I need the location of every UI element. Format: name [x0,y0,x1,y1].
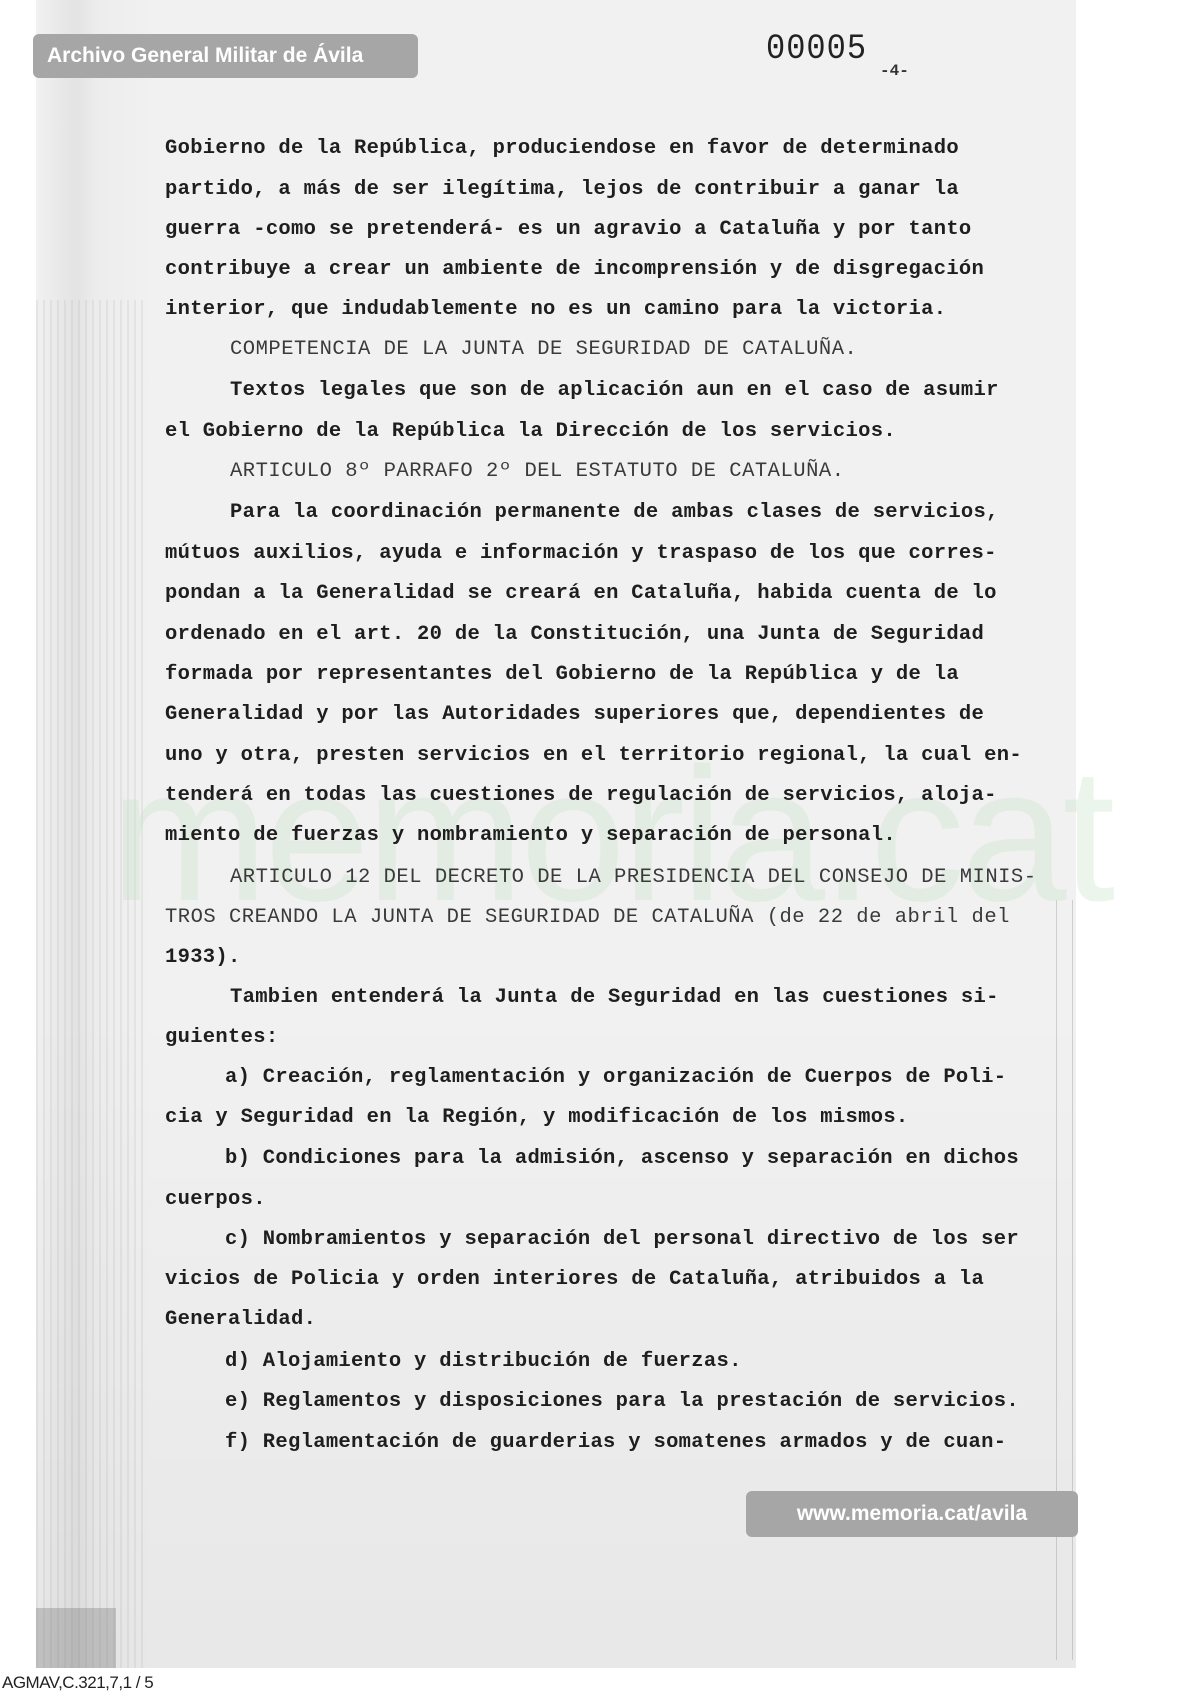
scan-shading [36,300,146,1668]
text-line: a) Creación, reglamentación y organizaci… [225,1066,1006,1089]
scan-shading-corner [36,1608,116,1668]
archive-reference: AGMAV,C.321,7,1 / 5 [2,1673,153,1693]
archive-badge: Archivo General Militar de Ávila [33,34,418,78]
scan-artifact-line [1056,900,1057,1660]
text-line: f) Reglamentación de guarderias y somate… [225,1431,1006,1454]
text-line: cuerpos. [165,1188,266,1211]
text-line: miento de fuerzas y nombramiento y separ… [165,824,896,847]
website-badge[interactable]: www.memoria.cat/avila [746,1491,1078,1537]
text-line: formada por representantes del Gobierno … [165,663,959,686]
text-line: guerra -como se pretenderá- es un agravi… [165,218,972,241]
text-line: COMPETENCIA DE LA JUNTA DE SEGURIDAD DE … [230,338,857,361]
text-line: Generalidad y por las Autoridades superi… [165,703,984,726]
page-number: -4- [880,62,909,80]
text-line: el Gobierno de la República la Dirección… [165,420,896,443]
text-line: interior, que indudablemente no es un ca… [165,298,946,321]
text-line: d) Alojamiento y distribución de fuerzas… [225,1350,742,1373]
text-line: Gobierno de la República, produciendose … [165,137,959,160]
text-line: partido, a más de ser ilegítima, lejos d… [165,178,959,201]
text-line: tenderá en todas las cuestiones de regul… [165,784,997,807]
text-line: 1933). [165,946,241,969]
text-line: ARTICULO 12 DEL DECRETO DE LA PRESIDENCI… [230,866,1037,889]
text-line: e) Reglamentos y disposiciones para la p… [225,1390,1019,1413]
text-line: ordenado en el art. 20 de la Constitució… [165,623,984,646]
text-line: ARTICULO 8º PARRAFO 2º DEL ESTATUTO DE C… [230,460,845,483]
text-line: pondan a la Generalidad se creará en Cat… [165,582,997,605]
text-line: Para la coordinación permanente de ambas… [230,501,999,524]
text-line: contribuye a crear un ambiente de incomp… [165,258,984,281]
text-line: b) Condiciones para la admisión, ascenso… [225,1147,1019,1170]
text-line: vicios de Policia y orden interiores de … [165,1268,984,1291]
text-line: c) Nombramientos y separación del person… [225,1228,1019,1251]
text-line: uno y otra, presten servicios en el terr… [165,744,1022,767]
text-line: mútuos auxilios, ayuda e información y t… [165,542,997,565]
text-line: guientes: [165,1026,278,1049]
text-line: TROS CREANDO LA JUNTA DE SEGURIDAD DE CA… [165,906,1010,929]
text-line: Generalidad. [165,1308,316,1331]
text-line: Textos legales que son de aplicación aun… [230,379,999,402]
text-line: Tambien entenderá la Junta de Seguridad … [230,986,999,1009]
text-line: cia y Seguridad en la Región, y modifica… [165,1106,909,1129]
scan-artifact-line [1072,900,1073,1660]
folio-number: 00005 [766,28,867,69]
